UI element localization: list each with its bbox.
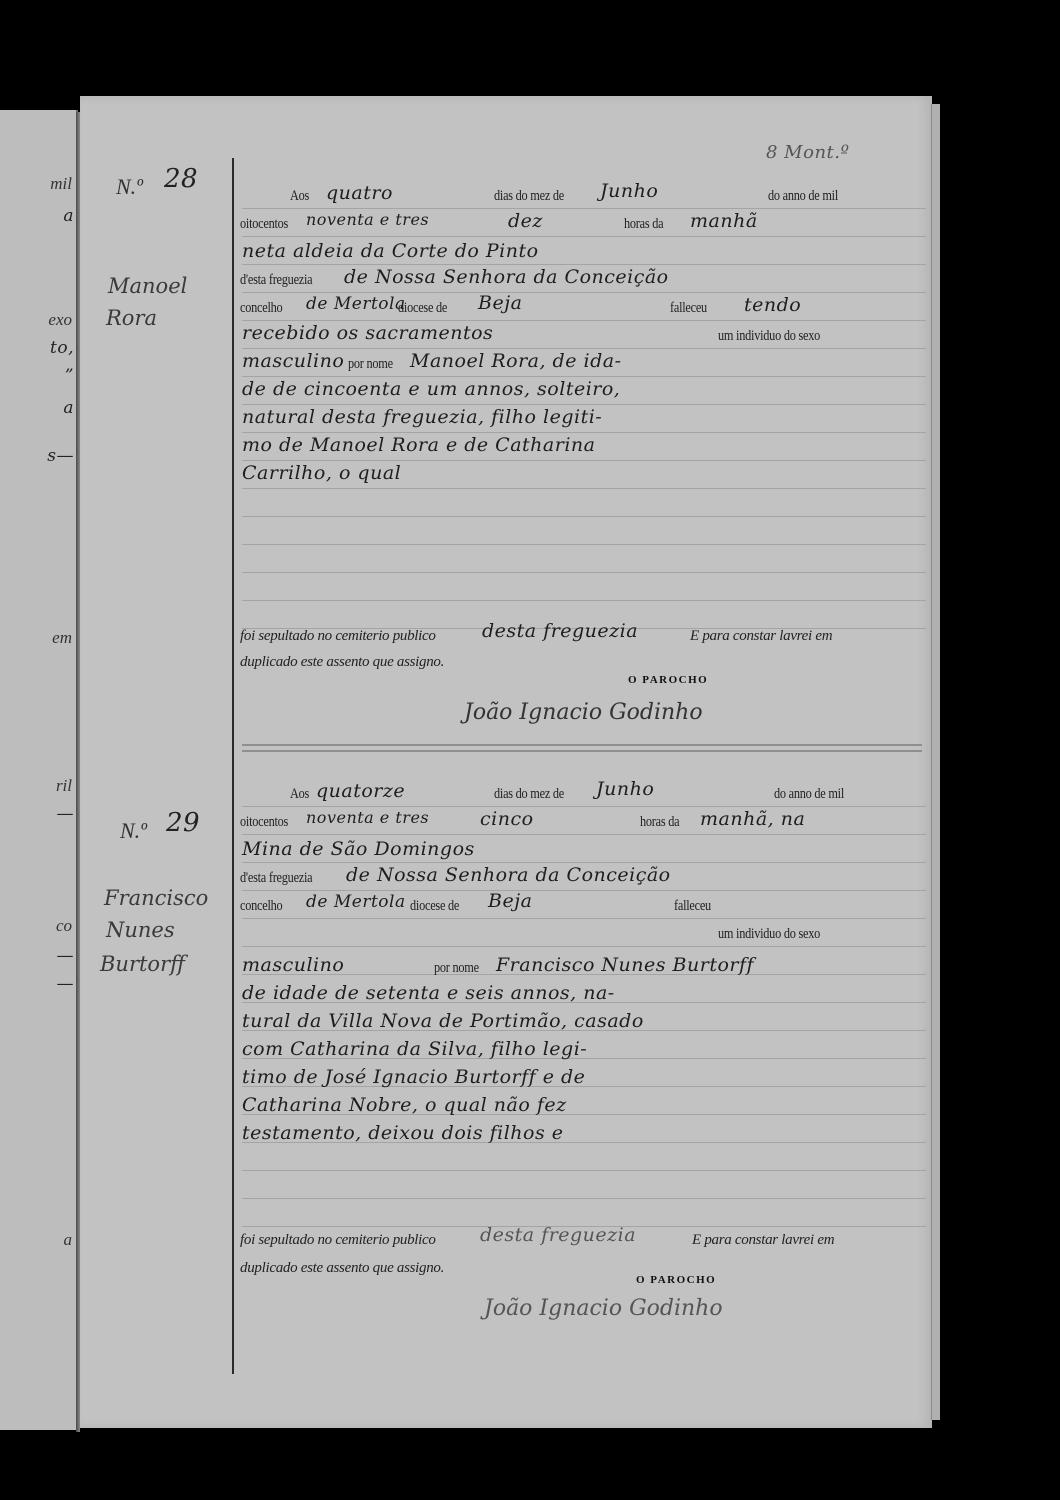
ruled-line xyxy=(242,834,926,835)
entry-number: 29 xyxy=(166,808,200,838)
printed-anno: do anno de mil xyxy=(774,786,844,803)
hw-day: quatro xyxy=(326,182,393,204)
ruled-line xyxy=(242,946,926,947)
printed-aos: Aos xyxy=(290,786,309,803)
hw-body-line: de idade de setenta e seis annos, na- xyxy=(242,982,615,1004)
entry-number: 28 xyxy=(164,164,198,194)
hw-body-line: de de cincoenta e um annos, solteiro, xyxy=(242,378,620,400)
ruled-line xyxy=(242,264,926,265)
hw-sex: masculino xyxy=(242,350,344,372)
printed-anno: do anno de mil xyxy=(768,188,838,205)
left-page-fragment: a xyxy=(63,398,74,418)
left-page-fragment: exo xyxy=(48,310,72,330)
signature: João Ignacio Godinho xyxy=(484,1296,723,1321)
hw-body-line: tural da Villa Nova de Portimão, casado xyxy=(242,1010,644,1032)
signature: João Ignacio Godinho xyxy=(464,700,703,725)
hw-diocese: Beja xyxy=(478,292,522,314)
hw-diocese: Beja xyxy=(488,890,532,912)
printed-constar: E para constar lavrei em xyxy=(692,1232,834,1249)
hw-place: neta aldeia da Corte do Pinto xyxy=(242,240,539,262)
hw-body-line: Carrilho, o qual xyxy=(242,462,401,484)
ruled-line xyxy=(242,292,926,293)
hw-body-line: com Catharina da Silva, filho legi- xyxy=(242,1038,587,1060)
left-page-fragment: em xyxy=(52,628,72,648)
printed-oitocentos: oitocentos xyxy=(240,216,288,233)
ruled-line xyxy=(242,918,926,919)
printed-falleceu: falleceu xyxy=(674,898,711,915)
printed-sepultado: foi sepultado no cemiterio publico xyxy=(240,1232,436,1249)
hw-month: Junho xyxy=(596,778,654,800)
printed-individuo: um individuo do sexo xyxy=(718,926,820,943)
hw-day: quatorze xyxy=(316,780,405,802)
hw-hour: dez xyxy=(508,210,543,232)
ruled-line xyxy=(242,432,926,433)
ruled-line xyxy=(242,320,926,321)
printed-freguezia: d'esta freguezia xyxy=(240,272,312,289)
hw-name: Manoel Rora, de ida- xyxy=(410,350,622,372)
entry-separator xyxy=(242,750,922,752)
printed-dias: dias do mez de xyxy=(494,188,564,205)
ruled-line xyxy=(242,236,926,237)
ruled-line xyxy=(242,1198,926,1199)
margin-name: Burtorff xyxy=(100,952,185,976)
ruled-line xyxy=(242,544,926,545)
ruled-line xyxy=(242,516,926,517)
printed-oitocentos: oitocentos xyxy=(240,814,288,831)
hw-falleceu-note: tendo xyxy=(744,294,801,316)
ruled-line xyxy=(242,1170,926,1171)
left-page-fragment: ” xyxy=(65,366,74,386)
printed-horas: horas da xyxy=(640,814,679,831)
ruled-line xyxy=(242,806,926,807)
ruled-line xyxy=(242,890,926,891)
hw-body-line: timo de José Ignacio Burtorff e de xyxy=(242,1066,585,1088)
left-page-fragment: a xyxy=(63,206,74,226)
parocho-label: O PAROCHO xyxy=(636,1274,716,1286)
hw-name: Francisco Nunes Burtorff xyxy=(496,954,754,976)
printed-duplicado: duplicado este assento que assigno. xyxy=(240,1260,444,1277)
printed-por-nome: por nome xyxy=(348,356,393,373)
hw-parish: de Nossa Senhora da Conceição xyxy=(346,864,671,886)
printed-individuo: um individuo do sexo xyxy=(718,328,820,345)
hw-period: manhã, na xyxy=(700,808,805,830)
hw-year: noventa e tres xyxy=(306,808,429,827)
ruled-line xyxy=(242,600,926,601)
ruled-line xyxy=(242,348,926,349)
printed-diocese: diocese de xyxy=(398,300,447,317)
left-page-fragment: co xyxy=(56,916,72,936)
margin-rule xyxy=(232,158,234,1374)
printed-freguezia: d'esta freguezia xyxy=(240,870,312,887)
hw-sex: masculino xyxy=(242,954,344,976)
printed-concelho: concelho xyxy=(240,898,282,915)
hw-cemetery: desta freguezia xyxy=(480,1224,636,1246)
printed-diocese: diocese de xyxy=(410,898,459,915)
hw-council: de Mertola xyxy=(306,294,406,314)
printed-dias: dias do mez de xyxy=(494,786,564,803)
hw-body-line: testamento, deixou dois filhos e xyxy=(242,1122,564,1144)
hw-body-line: mo de Manoel Rora e de Catharina xyxy=(242,434,595,456)
entry-number-label: N.º xyxy=(120,818,147,844)
ruled-line xyxy=(242,208,926,209)
printed-constar: E para constar lavrei em xyxy=(690,628,832,645)
left-page-fragment: a xyxy=(64,1230,73,1250)
hw-body-line: Catharina Nobre, o qual não fez xyxy=(242,1094,567,1116)
left-page-fragment: to, xyxy=(50,338,74,358)
hw-place: Mina de São Domingos xyxy=(242,838,475,860)
parocho-label: O PAROCHO xyxy=(628,674,708,686)
hw-parish: de Nossa Senhora da Conceição xyxy=(344,266,669,288)
register-page: 8 Mont.º N.º 28 Manoel Rora Aos quatro d… xyxy=(80,96,932,1428)
hw-year: noventa e tres xyxy=(306,210,429,229)
ruled-line xyxy=(242,376,926,377)
hw-month: Junho xyxy=(600,180,658,202)
ruled-line xyxy=(242,460,926,461)
left-page-edge: mil a exo to, ” a s— em ril — co — — a xyxy=(0,110,78,1430)
top-annotation: 8 Mont.º xyxy=(766,142,849,163)
ruled-line xyxy=(242,572,926,573)
left-page-fragment: mil xyxy=(50,174,72,194)
hw-period: manhã xyxy=(690,210,758,232)
printed-falleceu: falleceu xyxy=(670,300,707,317)
hw-body-line: natural desta freguezia, filho legiti- xyxy=(242,406,602,428)
margin-name: Manoel xyxy=(108,274,187,298)
hw-council: de Mertola xyxy=(306,892,406,912)
ruled-line xyxy=(242,488,926,489)
printed-concelho: concelho xyxy=(240,300,282,317)
left-page-fragment: ril xyxy=(56,776,72,796)
printed-horas: horas da xyxy=(624,216,663,233)
ruled-line xyxy=(242,404,926,405)
left-page-fragment: s— xyxy=(47,446,74,466)
hw-hour: cinco xyxy=(480,808,534,830)
left-page-fragment: — xyxy=(57,946,75,966)
hw-sacraments: recebido os sacramentos xyxy=(242,322,493,344)
margin-name: Nunes xyxy=(106,918,175,942)
ruled-line xyxy=(242,862,926,863)
left-page-fragment: — xyxy=(57,804,75,824)
printed-duplicado: duplicado este assento que assigno. xyxy=(240,654,444,671)
hw-cemetery: desta freguezia xyxy=(482,620,638,642)
printed-aos: Aos xyxy=(290,188,309,205)
printed-sepultado: foi sepultado no cemiterio publico xyxy=(240,628,436,645)
entry-number-label: N.º xyxy=(116,174,143,200)
printed-por-nome: por nome xyxy=(434,960,479,977)
left-page-fragment: — xyxy=(57,974,75,994)
margin-name: Rora xyxy=(106,306,157,330)
margin-name: Francisco xyxy=(104,886,208,910)
entry-separator xyxy=(242,744,922,746)
